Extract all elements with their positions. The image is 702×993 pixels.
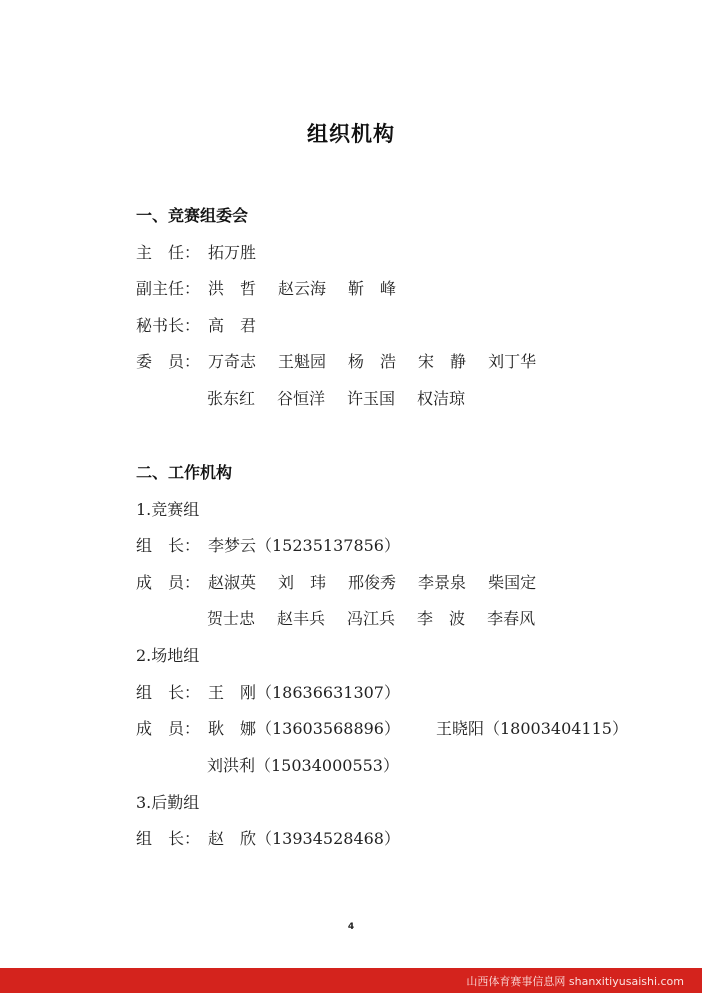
footer-watermark-bar: 山西体育赛事信息网 shanxitiyusaishi.com xyxy=(0,968,702,993)
leader-row: 组 长：王 刚（18636631307） xyxy=(136,680,400,703)
leader-label: 组 长： xyxy=(136,826,208,849)
vice-director-label: 副主任： xyxy=(136,276,208,299)
members-row: 委 员：万奇志王魁园杨 浩宋 静刘丁华 xyxy=(136,349,558,372)
name: 高 君 xyxy=(208,316,256,335)
page-number: 4 xyxy=(0,922,702,932)
name: 王魁园 xyxy=(278,349,326,372)
name: 李景泉 xyxy=(418,570,466,593)
name: 赵云海 xyxy=(278,276,326,299)
name: 张东红 xyxy=(207,386,255,409)
name: 邢俊秀 xyxy=(348,570,396,593)
leader-value: 王 刚（18636631307） xyxy=(208,683,400,702)
secretary-row: 秘书长：高 君 xyxy=(136,313,256,336)
leader-value: 赵 欣（13934528468） xyxy=(208,829,400,848)
director-label: 主 任： xyxy=(136,240,208,263)
name: 王晓阳（18003404115） xyxy=(436,716,628,739)
members-label: 成 员： xyxy=(136,716,208,739)
page-title: 组织机构 xyxy=(0,118,702,148)
leader-row: 组 长：李梦云（15235137856） xyxy=(136,533,400,556)
name: 杨 浩 xyxy=(348,349,396,372)
name: 刘丁华 xyxy=(488,349,536,372)
members-row-continued: 贺士忠赵丰兵冯江兵李 波李春风 xyxy=(207,606,557,629)
name: 洪 哲 xyxy=(208,276,256,299)
name: 靳 峰 xyxy=(348,276,396,299)
group-title: 1.竞赛组 xyxy=(136,497,199,520)
secretary-label: 秘书长： xyxy=(136,313,208,336)
director-row: 主 任：拓万胜 xyxy=(136,240,256,263)
name: 谷恒洋 xyxy=(277,386,325,409)
group-title: 3.后勤组 xyxy=(136,790,199,813)
members-row: 成 员：耿 娜（13603568896）王晓阳（18003404115） xyxy=(136,716,650,739)
name: 刘 玮 xyxy=(278,570,326,593)
director-name: 拓万胜 xyxy=(208,243,256,262)
leader-label: 组 长： xyxy=(136,533,208,556)
members-label: 委 员： xyxy=(136,349,208,372)
members-row: 成 员：赵淑英刘 玮邢俊秀李景泉柴国定 xyxy=(136,570,558,593)
section-heading-committee: 一、竞赛组委会 xyxy=(136,203,248,226)
name: 柴国定 xyxy=(488,570,536,593)
name: 万奇志 xyxy=(208,349,256,372)
watermark-text: 山西体育赛事信息网 shanxitiyusaishi.com xyxy=(466,973,684,989)
members-row-continued: 刘洪利（15034000553） xyxy=(207,753,421,776)
members-row-continued: 张东红谷恒洋许玉国权洁琼 xyxy=(207,386,487,409)
name: 耿 娜（13603568896） xyxy=(208,716,400,739)
leader-value: 李梦云（15235137856） xyxy=(208,536,400,555)
name: 李春风 xyxy=(487,606,535,629)
name: 冯江兵 xyxy=(347,606,395,629)
name: 宋 静 xyxy=(418,349,466,372)
name: 权洁琼 xyxy=(417,386,465,409)
name: 许玉国 xyxy=(347,386,395,409)
section-heading-work-org: 二、工作机构 xyxy=(136,460,232,483)
leader-label: 组 长： xyxy=(136,680,208,703)
name: 贺士忠 xyxy=(207,606,255,629)
members-label: 成 员： xyxy=(136,570,208,593)
group-title: 2.场地组 xyxy=(136,643,199,666)
name: 刘洪利（15034000553） xyxy=(207,753,399,776)
name: 李 波 xyxy=(417,606,465,629)
name: 赵淑英 xyxy=(208,570,256,593)
leader-row: 组 长：赵 欣（13934528468） xyxy=(136,826,400,849)
vice-directors-row: 副主任：洪 哲赵云海靳 峰 xyxy=(136,276,418,299)
name: 赵丰兵 xyxy=(277,606,325,629)
